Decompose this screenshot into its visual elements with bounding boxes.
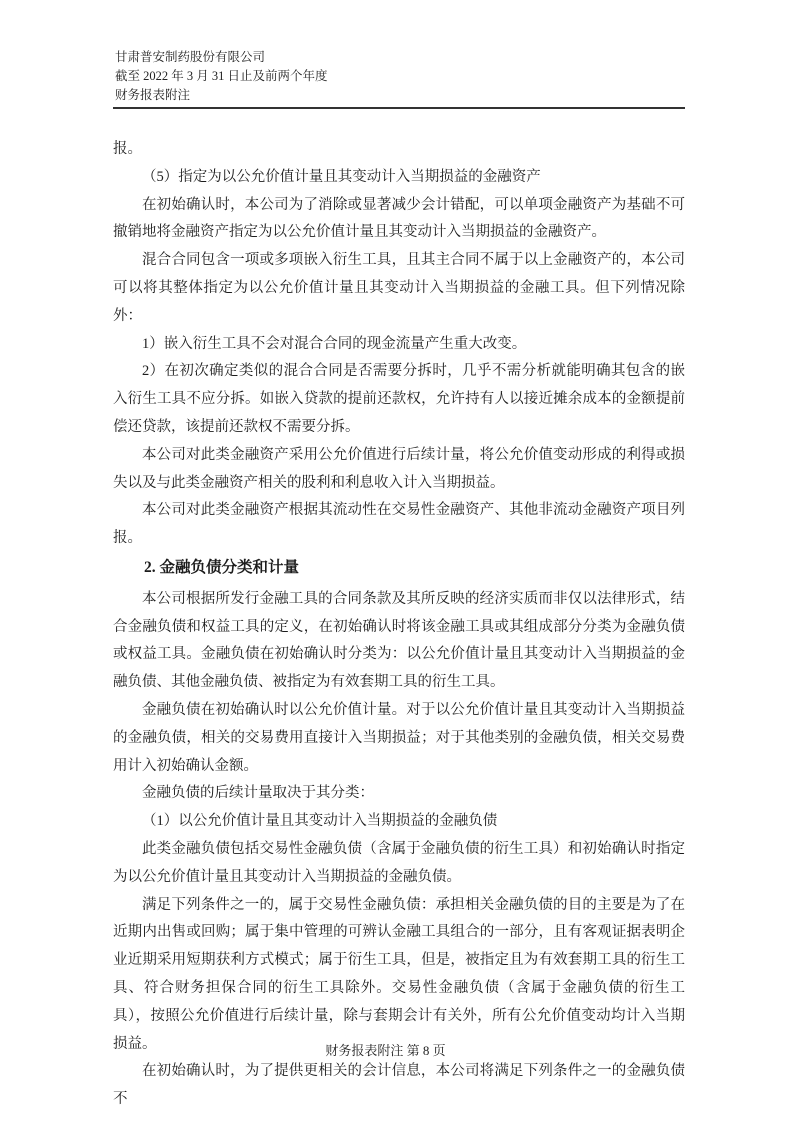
report-period: 截至 2022 年 3 月 31 日止及前两个年度 (115, 67, 687, 86)
page-footer: 财务报表附注 第 8 页 (113, 1042, 658, 1060)
paragraph: 报。 (113, 136, 685, 164)
paragraph: 在初始确认时，本公司为了消除或显著减少会计错配，可以单项金融资产为基础不可撤销地… (113, 192, 685, 248)
paragraph: 在初始确认时，为了提供更相关的会计信息，本公司将满足下列条件之一的金融负债不 (113, 1058, 685, 1114)
paragraph: 本公司对此类金融资产根据其流动性在交易性金融资产、其他非流动金融资产项目列报。 (113, 497, 685, 553)
paragraph: 满足下列条件之一的，属于交易性金融负债：承担相关金融负债的目的主要是为了在近期内… (113, 892, 685, 1059)
company-name: 甘肃普安制药股份有限公司 (115, 48, 687, 67)
paragraph: 混合合同包含一项或多项嵌入衍生工具，且其主合同不属于以上金融资产的，本公司可以将… (113, 247, 685, 330)
document-page: 甘肃普安制药股份有限公司 截至 2022 年 3 月 31 日止及前两个年度 财… (0, 0, 793, 1122)
paragraph: （5）指定为以公允价值计量且其变动计入当期损益的金融资产 (113, 164, 685, 192)
page-header: 甘肃普安制药股份有限公司 截至 2022 年 3 月 31 日止及前两个年度 财… (115, 48, 687, 105)
document-title: 财务报表附注 (115, 86, 687, 105)
paragraph: 1）嵌入衍生工具不会对混合合同的现金流量产生重大改变。 (113, 331, 685, 359)
paragraph: 此类金融负债包括交易性金融负债（含属于金融负债的衍生工具）和初始确认时指定为以公… (113, 836, 685, 892)
paragraph: 本公司根据所发行金融工具的合同条款及其所反映的经济实质而非仅以法律形式，结合金融… (113, 586, 685, 697)
paragraph: 本公司对此类金融资产采用公允价值进行后续计量，将公允价值变动形成的利得或损失以及… (113, 442, 685, 498)
paragraph: 金融负债的后续计量取决于其分类： (113, 780, 685, 808)
paragraph: 2）在初次确定类似的混合合同是否需要分拆时，几乎不需分析就能明确其包含的嵌入衍生… (113, 358, 685, 441)
paragraph: 金融负债在初始确认时以公允价值计量。对于以公允价值计量且其变动计入当期损益的金融… (113, 697, 685, 780)
section-heading: 2. 金融负债分类和计量 (113, 554, 685, 582)
paragraph: （1）以公允价值计量且其变动计入当期损益的金融负债 (113, 808, 685, 836)
header-divider (113, 107, 685, 109)
document-body: 报。（5）指定为以公允价值计量且其变动计入当期损益的金融资产在初始确认时，本公司… (113, 136, 685, 1114)
